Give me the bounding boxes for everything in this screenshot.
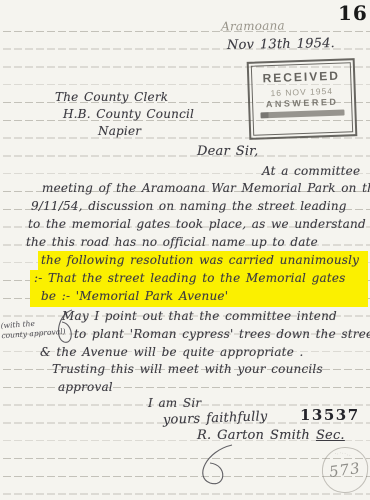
signature-name: R. Garton Smith bbox=[197, 428, 310, 443]
page-number: 16 bbox=[338, 6, 368, 20]
address-line: H.B. County Council bbox=[63, 107, 194, 121]
round-stamp-number: 573 bbox=[328, 459, 362, 481]
body-line: May I point out that the committee inten… bbox=[62, 309, 337, 323]
received-stamp-label: RECEIVED bbox=[262, 69, 340, 86]
heading-date: Nov 13th 1954. bbox=[227, 37, 335, 53]
body-line: the this road has no official name up to… bbox=[26, 235, 318, 249]
salutation: Dear Sir, bbox=[197, 145, 259, 159]
body-line: At a committee bbox=[262, 164, 360, 178]
body-line: to the memorial gates took place, as we … bbox=[28, 217, 366, 231]
body-line: & the Avenue will be quite appropriate . bbox=[40, 345, 304, 359]
body-line: Trusting this will meet with your counci… bbox=[52, 362, 323, 376]
body-line: approval bbox=[58, 380, 113, 394]
signature-loop-flourish bbox=[192, 443, 240, 487]
body-line-highlighted: be :- 'Memorial Park Avenue' bbox=[41, 289, 228, 303]
heading-place: Aramoana bbox=[221, 18, 285, 33]
body-line: 9/11/54, discussion on naming the street… bbox=[31, 199, 347, 213]
signature-title: Sec. bbox=[316, 428, 345, 443]
round-stamp-smalltext: ..···.. bbox=[334, 451, 351, 458]
signature: R. Garton SmithSec. bbox=[197, 429, 345, 443]
document-number: 13537 bbox=[300, 406, 360, 424]
scanned-letter-page: 16 Aramoana Nov 13th 1954. RECEIVED 16 N… bbox=[0, 0, 370, 500]
received-stamp-border: RECEIVED 16 NOV 1954 ANSWERED bbox=[251, 62, 353, 135]
body-line-highlighted: the following resolution was carried una… bbox=[41, 253, 359, 267]
address-line: Napier bbox=[98, 124, 141, 138]
body-line: to plant 'Roman cypress' trees down the … bbox=[74, 327, 370, 341]
received-stamp-answered: ANSWERED bbox=[266, 97, 339, 110]
closing-line: I am Sir bbox=[148, 396, 201, 410]
insertion-loop-flourish bbox=[52, 308, 78, 346]
address-line: The County Clerk bbox=[55, 90, 168, 104]
body-line: meeting of the Aramoana War Memorial Par… bbox=[42, 181, 370, 195]
received-stamp: RECEIVED 16 NOV 1954 ANSWERED bbox=[247, 58, 358, 140]
received-stamp-smudge bbox=[260, 110, 344, 119]
body-line-highlighted: :- That the street leading to the Memori… bbox=[34, 271, 346, 285]
